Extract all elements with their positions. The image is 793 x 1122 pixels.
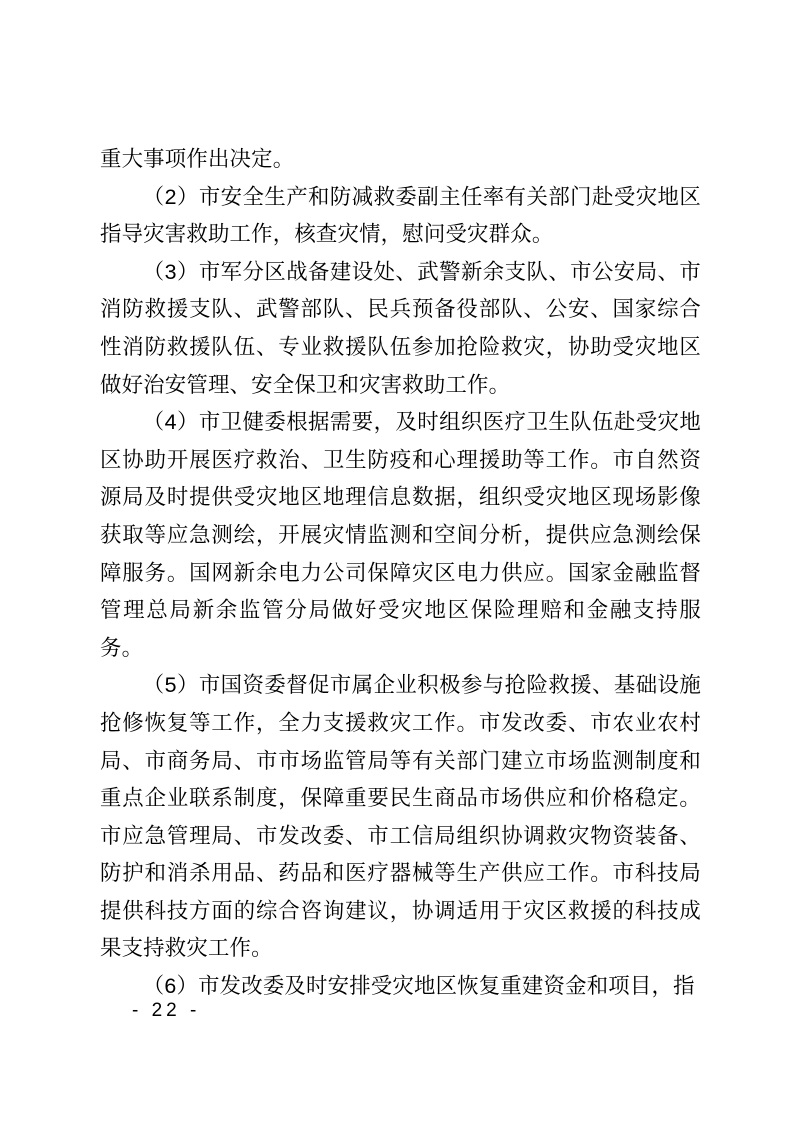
document-page: 重大事项作出决定。（2）市安全生产和防减救委副主任率有关部门赴受灾地区指导灾害救… [0,0,793,1122]
paragraph: （3）市军分区战备建设处、武警新余支队、市公安局、市消防救援支队、武警部队、民兵… [100,254,701,404]
body-text: 重大事项作出决定。（2）市安全生产和防减救委副主任率有关部门赴受灾地区指导灾害救… [100,141,701,1006]
paragraph: （4）市卫健委根据需要，及时组织医疗卫生队伍赴受灾地区协助开展医疗救治、卫生防疫… [100,404,701,667]
paragraph: （2）市安全生产和防减救委副主任率有关部门赴受灾地区指导灾害救助工作，核查灾情，… [100,179,701,254]
paragraph: （5）市国资委督促市属企业积极参与抢险救援、基础设施抢修恢复等工作，全力支援救灾… [100,667,701,968]
page-number: - 22 - [132,1000,200,1022]
paragraph: 重大事项作出决定。 [100,141,701,179]
